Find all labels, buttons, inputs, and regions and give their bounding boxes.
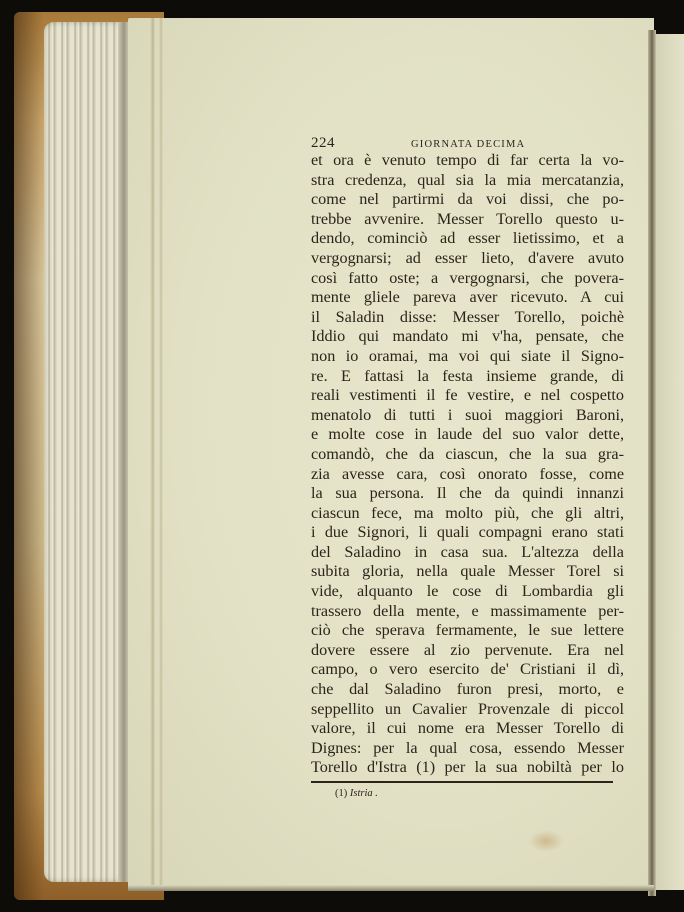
footnote: (1) Istria . (311, 787, 624, 801)
text-line: et ora è venuto tempo di far certa la vo… (311, 151, 624, 171)
text-line: subita gloria, nella quale Messer Torel … (311, 562, 624, 582)
text-line: reali vestimenti il fe vestire, e nel co… (311, 386, 624, 406)
text-block: 224 GIORNATA DECIMA et ora è venuto temp… (311, 136, 624, 801)
text-line: stra credenza, qual sia la mia mercatanz… (311, 171, 624, 191)
text-line: valore, il cui nome era Messer Torello d… (311, 719, 624, 739)
footnote-marker: (1) (335, 788, 347, 799)
body-text: et ora è venuto tempo di far certa la vo… (311, 151, 624, 778)
text-line: vergognarsi; ad esser lieto, d'avere avu… (311, 249, 624, 269)
facing-page-edge (656, 34, 684, 890)
text-line: così fatto oste; a vergognarsi, che pove… (311, 269, 624, 289)
text-line: il Saladin disse: Messer Torello, poichè (311, 308, 624, 328)
text-line: campo, o vero esercito de' Cristiani il … (311, 660, 624, 680)
running-head: 224 GIORNATA DECIMA (311, 136, 624, 151)
text-line: Iddio qui mandato mi v'ha, pensate, che (311, 327, 624, 347)
text-line: come nel partirmi da voi dissi, che po- (311, 190, 624, 210)
text-line: Torello d'Istra (1) per la sua nobiltà p… (311, 758, 624, 778)
text-line: la sua persona. Il che da quindi innanzi (311, 484, 624, 504)
text-line: ciascun fece, ma molto più, che gli altr… (311, 504, 624, 524)
book-gutter (648, 30, 656, 896)
text-line: i due Signori, li quali compagni erano s… (311, 523, 624, 543)
text-line: del Saladino in casa sua. L'altezza dell… (311, 543, 624, 563)
text-line: trassero della mente, e massimamente per… (311, 602, 624, 622)
foxing-stain (528, 830, 564, 852)
cover-shadow (14, 12, 44, 900)
text-line: Dignes: per la qual cosa, essendo Messer (311, 739, 624, 759)
text-line: menatolo di tutti i suoi maggiori Baroni… (311, 406, 624, 426)
scanned-book-spread: 224 GIORNATA DECIMA et ora è venuto temp… (0, 0, 684, 912)
text-line: zia avesse cara, così onorato fosse, com… (311, 465, 624, 485)
text-line: re. E fattasi la festa insieme grande, d… (311, 367, 624, 387)
text-line: ciò che sperava fermamente, le sue lette… (311, 621, 624, 641)
footnote-text: Istria . (350, 788, 378, 799)
text-line: seppellito un Cavalier Provenzale di pic… (311, 700, 624, 720)
text-line: trebbe avvenire. Messer Torello questo u… (311, 210, 624, 230)
footnote-rule (311, 781, 613, 783)
page-deckle-lines (150, 18, 170, 890)
text-line: comandò, che da ciascun, che la sua gra- (311, 445, 624, 465)
page-bottom-edge (128, 885, 654, 891)
text-line: dovere essere al zio pervenute. Era nel (311, 641, 624, 661)
text-line: dendo, cominciò ad esser lietissimo, et … (311, 229, 624, 249)
text-line: mente gliele pareva aver ricevuto. A cui (311, 288, 624, 308)
text-line: che dal Saladino furon presi, morto, e (311, 680, 624, 700)
running-head-title: GIORNATA DECIMA (411, 137, 525, 152)
text-line: non io oramai, ma voi qui siate il Signo… (311, 347, 624, 367)
page-number: 224 (311, 136, 335, 151)
text-line: e molte cose in laude del suo valor dett… (311, 425, 624, 445)
text-line: vide, alquanto le cose di Lombardia gli (311, 582, 624, 602)
